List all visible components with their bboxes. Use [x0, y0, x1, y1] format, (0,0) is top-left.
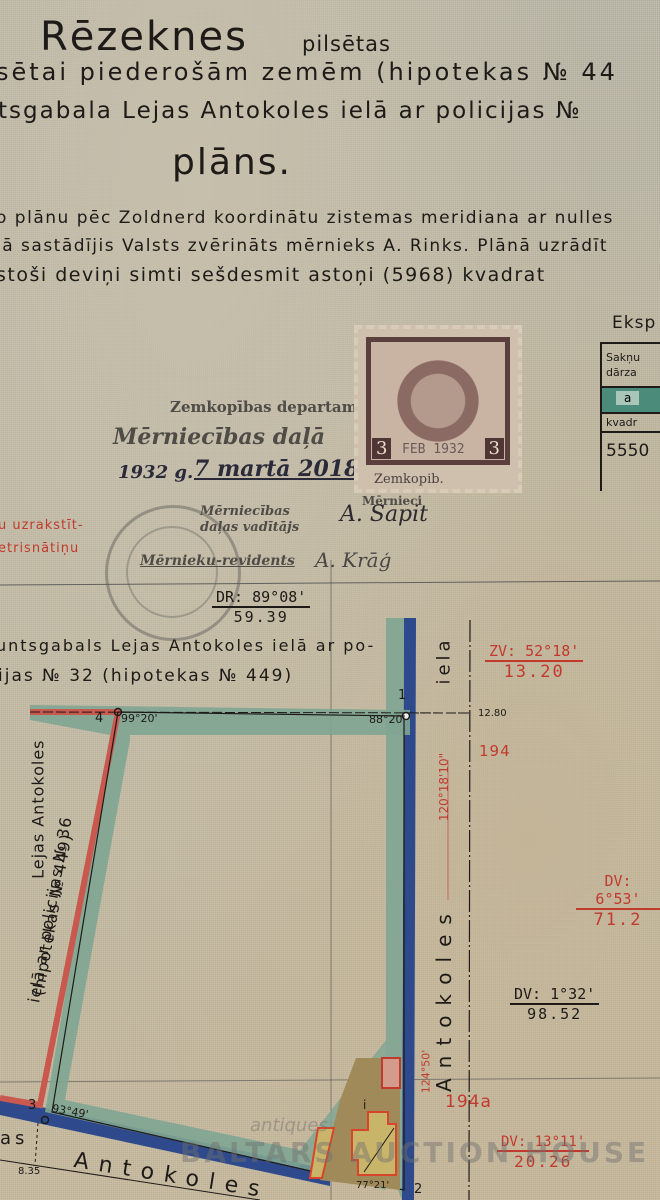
angle-east-red: 120°18'10": [437, 753, 451, 821]
bearing-dv-2: DV: 1°32'98.52: [510, 985, 599, 1023]
explication-swatch-garden: a: [602, 386, 660, 414]
angle-point-4: 99°20': [121, 712, 158, 725]
angle-east-red-2: 124°50': [419, 1050, 432, 1094]
signature-surveyor: A. Krāģ: [315, 548, 391, 572]
stamp-cancel-text: Zemkopib.: [374, 472, 444, 487]
explication-column-header: Sakņu dārza: [602, 344, 654, 386]
bearing-zv: ZV: 52°18'13.20: [485, 642, 583, 682]
signature-section-head: A. Sapit: [340, 502, 428, 527]
stamp-cancel-date: FEB 1932: [402, 442, 465, 457]
revenue-stamp: 3 3 FEB 1932 Zemkopib.: [354, 325, 522, 493]
stamp-date-number: 7 martā 20188: [194, 456, 375, 482]
point-number-4: 4: [95, 711, 104, 726]
angle-point-1: 88°20': [369, 713, 406, 726]
bearing-dv-1: DV: 6°53'71.2: [576, 872, 660, 930]
building-letter: i: [363, 1098, 367, 1112]
explication-table: Sakņu dārza a kvadr 5550: [600, 342, 660, 491]
street-label-vertical: Antokoles: [432, 932, 456, 1092]
stamp-section: Mērniecības daļā: [113, 424, 325, 450]
point-number-3: 3: [28, 1098, 37, 1113]
red-note-line-2: etrisnātiņu: [0, 541, 79, 556]
offset-line: [35, 1123, 38, 1165]
explication-unit: kvadr: [602, 414, 660, 431]
angle-point-2: 77°21': [356, 1180, 389, 1191]
bearing-dv-3: DV: 13°11'20.26: [497, 1134, 589, 1171]
grid-line: [0, 1078, 660, 1082]
stamp-denomination-right: 3: [485, 438, 504, 459]
point-number-1: 1: [398, 688, 407, 703]
point-number-2: 2: [414, 1182, 423, 1197]
red-parcel-number-2: 194a: [445, 1092, 492, 1112]
offset-bottom-left: 8.35: [18, 1166, 40, 1177]
stamp-department: Zemkopības departam: [170, 398, 358, 416]
stamp-denomination-left: 3: [372, 438, 391, 459]
stamp-surveyor-label: Mērnieku-revidents: [140, 553, 295, 569]
explication-heading: Eksp: [612, 313, 656, 333]
parcel-label-line-2: ijas № 32 (hipotekas № 449): [0, 666, 293, 686]
grid-line: [0, 581, 660, 585]
street-label-bottom-left: as: [0, 1128, 28, 1149]
parcel-label-line-1: untsgabals Lejas Antokoles ielā ar po-: [0, 636, 375, 655]
stamp-year: 1932 g.: [118, 462, 193, 483]
street-axis-line: [469, 620, 470, 1200]
street-label-vertical-suffix: iela: [434, 636, 455, 684]
bearing-dr: DR: 89°08'59.39: [212, 588, 310, 626]
building-outbuilding: [382, 1058, 400, 1088]
offset-top-right: 12.80: [478, 708, 507, 719]
explication-value: 5550: [602, 431, 660, 491]
red-note-line-1: u uzrakstīt-: [0, 518, 84, 533]
red-parcel-number-1: 194: [479, 742, 511, 760]
explication-swatch-letter: a: [616, 391, 639, 405]
stamp-section-head-label: Mērniecības daļas vadītājs: [200, 504, 330, 536]
